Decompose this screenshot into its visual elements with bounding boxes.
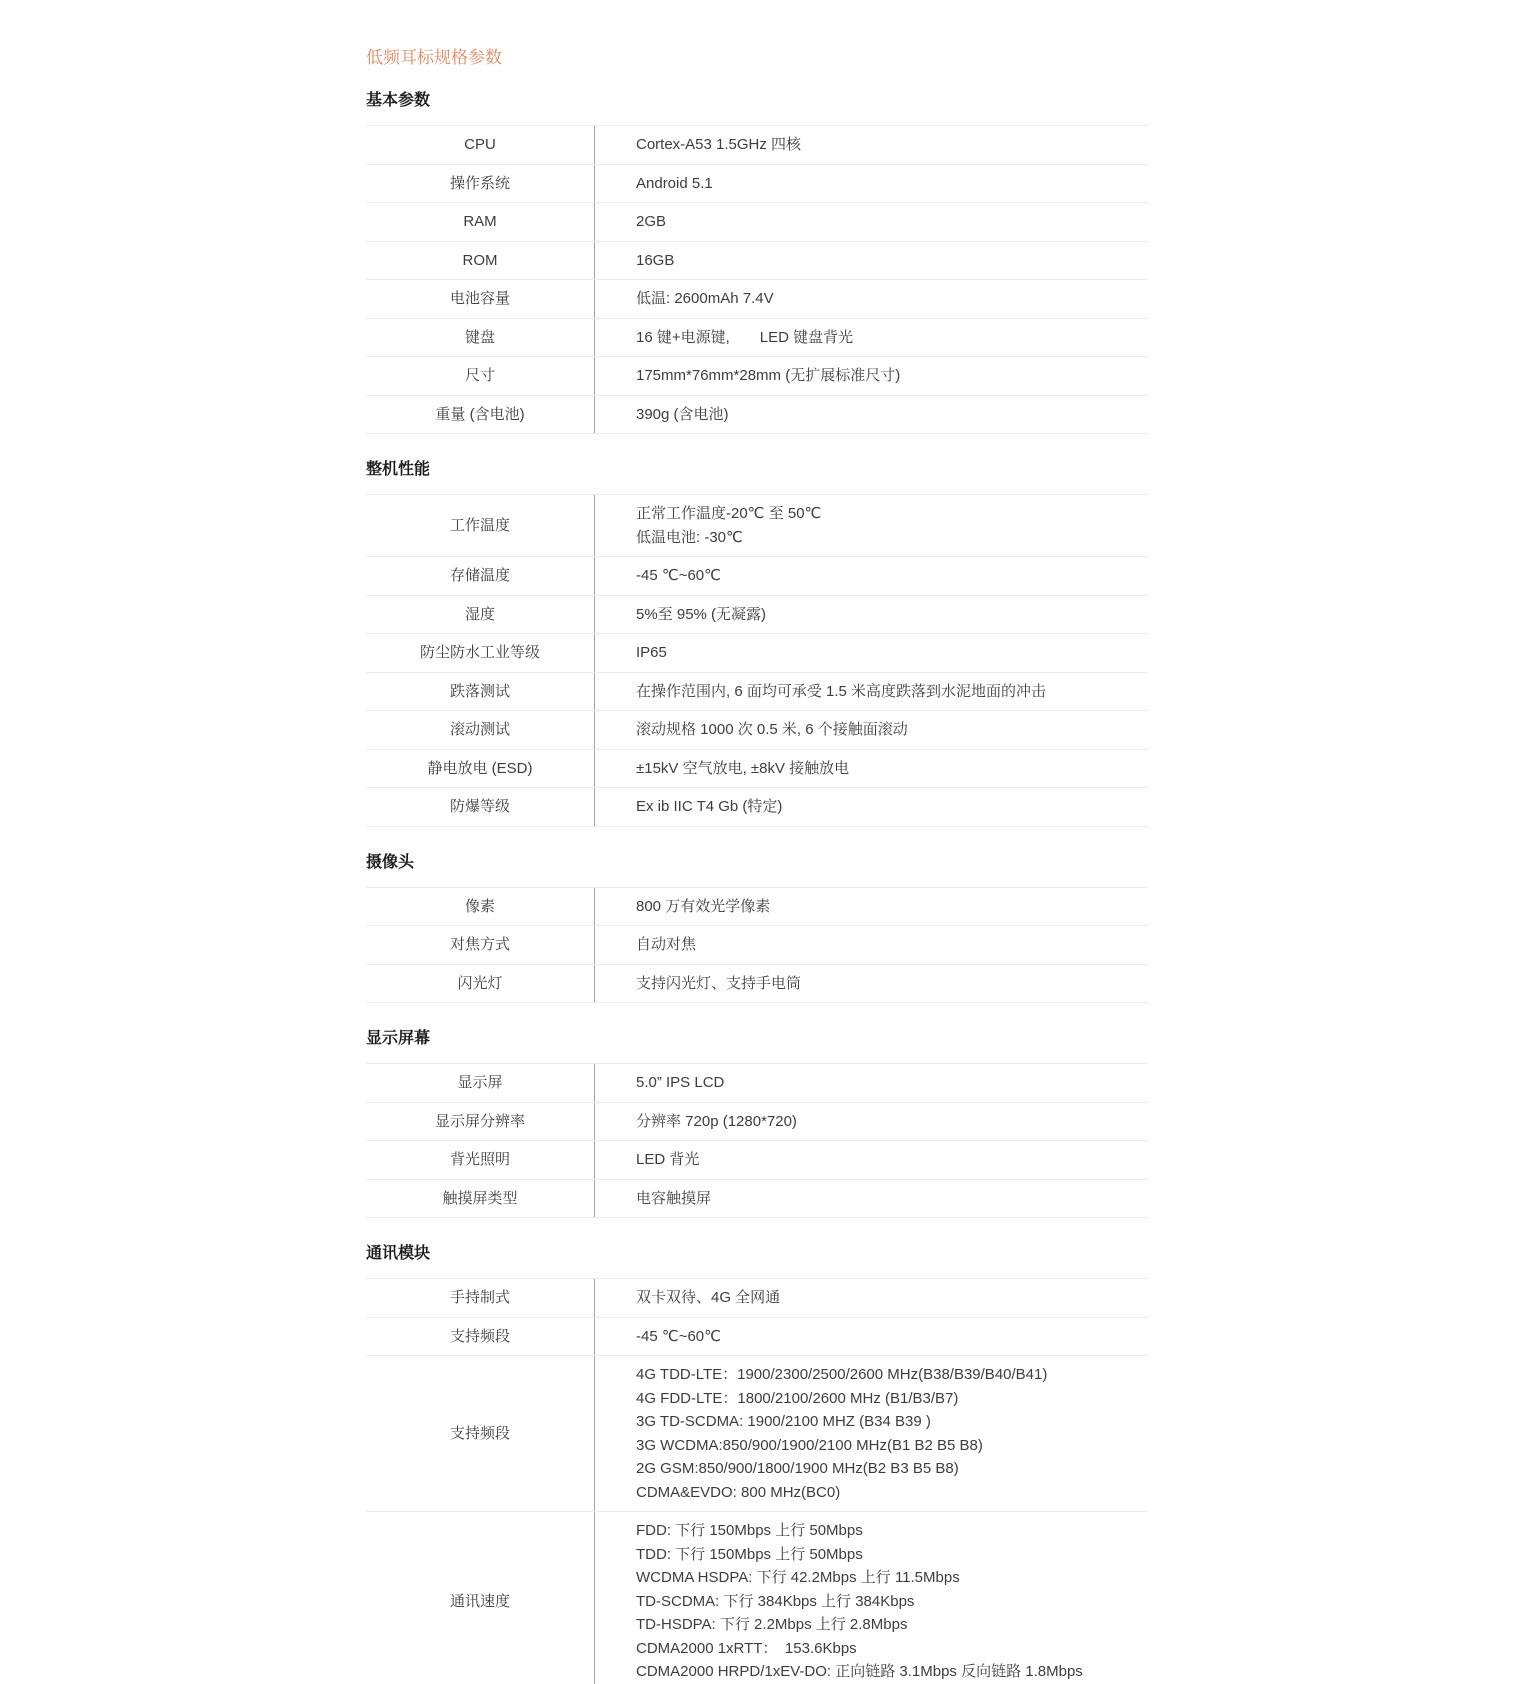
table-row: CPUCortex-A53 1.5GHz 四核	[366, 126, 1148, 165]
table-row: RAM2GB	[366, 203, 1148, 242]
section-header: 整机性能	[366, 459, 1531, 481]
spec-value: 5%至 95% (无凝露)	[595, 596, 1148, 634]
spec-sections: 基本参数CPUCortex-A53 1.5GHz 四核操作系统Android 5…	[366, 90, 1531, 1684]
table-row: 存储温度-45 ℃~60℃	[366, 557, 1148, 596]
spec-label: 触摸屏类型	[366, 1180, 595, 1218]
spec-label: 通讯速度	[366, 1512, 595, 1684]
table-row: 支持频段-45 ℃~60℃	[366, 1318, 1148, 1357]
section-header: 显示屏幕	[366, 1028, 1531, 1050]
spec-value: Cortex-A53 1.5GHz 四核	[595, 126, 1148, 164]
spec-value: 双卡双待、4G 全网通	[595, 1279, 1148, 1317]
spec-label: 湿度	[366, 596, 595, 634]
spec-value: 电容触摸屏	[595, 1180, 1148, 1218]
spec-value: 支持闪光灯、支持手电筒	[595, 965, 1148, 1003]
spec-label: RAM	[366, 203, 595, 241]
table-row: 湿度5%至 95% (无凝露)	[366, 596, 1148, 635]
section-header: 摄像头	[366, 852, 1531, 874]
spec-label: CPU	[366, 126, 595, 164]
spec-label: 背光照明	[366, 1141, 595, 1179]
spec-label: 像素	[366, 888, 595, 926]
spec-value: IP65	[595, 634, 1148, 672]
spec-value: 低温: 2600mAh 7.4V	[595, 280, 1148, 318]
table-row: 对焦方式自动对焦	[366, 926, 1148, 965]
table-row: 手持制式双卡双待、4G 全网通	[366, 1279, 1148, 1318]
spec-table: 工作温度正常工作温度-20℃ 至 50℃ 低温电池: -30℃存储温度-45 ℃…	[366, 494, 1148, 827]
spec-label: 显示屏	[366, 1064, 595, 1102]
spec-page: 低频耳标规格参数 基本参数CPUCortex-A53 1.5GHz 四核操作系统…	[0, 0, 1531, 1684]
spec-value: 175mm*76mm*28mm (无扩展标准尺寸)	[595, 357, 1148, 395]
spec-value: 5.0” IPS LCD	[595, 1064, 1148, 1102]
table-row: 像素800 万有效光学像素	[366, 888, 1148, 927]
table-row: 防尘防水工业等级IP65	[366, 634, 1148, 673]
spec-table: 显示屏5.0” IPS LCD显示屏分辨率分辨率 720p (1280*720)…	[366, 1063, 1148, 1218]
spec-label: 手持制式	[366, 1279, 595, 1317]
spec-label: 支持频段	[366, 1318, 595, 1356]
spec-value: 2GB	[595, 203, 1148, 241]
spec-label: 静电放电 (ESD)	[366, 750, 595, 788]
spec-label: 滚动测试	[366, 711, 595, 749]
spec-label: 工作温度	[366, 495, 595, 556]
spec-value: -45 ℃~60℃	[595, 1318, 1148, 1356]
spec-section: 摄像头像素800 万有效光学像素对焦方式自动对焦闪光灯支持闪光灯、支持手电筒	[366, 852, 1531, 1004]
table-row: 跌落测试在操作范围内, 6 面均可承受 1.5 米高度跌落到水泥地面的冲击	[366, 673, 1148, 712]
spec-value: Android 5.1	[595, 165, 1148, 203]
spec-label: 对焦方式	[366, 926, 595, 964]
spec-label: 跌落测试	[366, 673, 595, 711]
spec-label: 电池容量	[366, 280, 595, 318]
spec-value: Ex ib IIC T4 Gb (特定)	[595, 788, 1148, 826]
table-row: 显示屏分辨率分辨率 720p (1280*720)	[366, 1103, 1148, 1142]
spec-value: 正常工作温度-20℃ 至 50℃ 低温电池: -30℃	[595, 495, 1148, 556]
spec-value: 在操作范围内, 6 面均可承受 1.5 米高度跌落到水泥地面的冲击	[595, 673, 1148, 711]
table-row: 键盘16 键+电源键, LED 键盘背光	[366, 319, 1148, 358]
spec-value: 16GB	[595, 242, 1148, 280]
section-header: 通讯模块	[366, 1243, 1531, 1265]
table-row: 滚动测试滚动规格 1000 次 0.5 米, 6 个接触面滚动	[366, 711, 1148, 750]
table-row: 电池容量低温: 2600mAh 7.4V	[366, 280, 1148, 319]
spec-section: 基本参数CPUCortex-A53 1.5GHz 四核操作系统Android 5…	[366, 90, 1531, 434]
table-row: 背光照明LED 背光	[366, 1141, 1148, 1180]
spec-label: 显示屏分辨率	[366, 1103, 595, 1141]
spec-value: 滚动规格 1000 次 0.5 米, 6 个接触面滚动	[595, 711, 1148, 749]
spec-value: 390g (含电池)	[595, 396, 1148, 434]
section-header: 基本参数	[366, 90, 1531, 112]
table-row: 重量 (含电池)390g (含电池)	[366, 396, 1148, 435]
spec-label: 防爆等级	[366, 788, 595, 826]
table-row: 静电放电 (ESD)±15kV 空气放电, ±8kV 接触放电	[366, 750, 1148, 789]
spec-value: FDD: 下行 150Mbps 上行 50Mbps TDD: 下行 150Mbp…	[595, 1512, 1148, 1684]
spec-table: 手持制式双卡双待、4G 全网通支持频段-45 ℃~60℃支持频段4G TDD-L…	[366, 1278, 1148, 1684]
spec-value: 4G TDD-LTE：1900/2300/2500/2600 MHz(B38/B…	[595, 1356, 1148, 1511]
spec-table: CPUCortex-A53 1.5GHz 四核操作系统Android 5.1RA…	[366, 125, 1148, 434]
spec-label: 重量 (含电池)	[366, 396, 595, 434]
table-row: 尺寸175mm*76mm*28mm (无扩展标准尺寸)	[366, 357, 1148, 396]
table-row: 触摸屏类型电容触摸屏	[366, 1180, 1148, 1219]
spec-value: 自动对焦	[595, 926, 1148, 964]
spec-table: 像素800 万有效光学像素对焦方式自动对焦闪光灯支持闪光灯、支持手电筒	[366, 887, 1148, 1004]
spec-section: 通讯模块手持制式双卡双待、4G 全网通支持频段-45 ℃~60℃支持频段4G T…	[366, 1243, 1531, 1684]
spec-value: LED 背光	[595, 1141, 1148, 1179]
spec-label: 闪光灯	[366, 965, 595, 1003]
spec-label: 尺寸	[366, 357, 595, 395]
table-row: 支持频段4G TDD-LTE：1900/2300/2500/2600 MHz(B…	[366, 1356, 1148, 1512]
table-row: 闪光灯支持闪光灯、支持手电筒	[366, 965, 1148, 1004]
spec-label: 操作系统	[366, 165, 595, 203]
spec-section: 整机性能工作温度正常工作温度-20℃ 至 50℃ 低温电池: -30℃存储温度-…	[366, 459, 1531, 827]
spec-value: -45 ℃~60℃	[595, 557, 1148, 595]
spec-value: 800 万有效光学像素	[595, 888, 1148, 926]
spec-label: 防尘防水工业等级	[366, 634, 595, 672]
spec-label: 支持频段	[366, 1356, 595, 1511]
table-row: ROM16GB	[366, 242, 1148, 281]
spec-label: ROM	[366, 242, 595, 280]
spec-value: ±15kV 空气放电, ±8kV 接触放电	[595, 750, 1148, 788]
table-row: 操作系统Android 5.1	[366, 165, 1148, 204]
spec-label: 存储温度	[366, 557, 595, 595]
spec-value: 16 键+电源键, LED 键盘背光	[595, 319, 1148, 357]
spec-label: 键盘	[366, 319, 595, 357]
spec-value: 分辨率 720p (1280*720)	[595, 1103, 1148, 1141]
table-row: 工作温度正常工作温度-20℃ 至 50℃ 低温电池: -30℃	[366, 495, 1148, 557]
table-row: 通讯速度FDD: 下行 150Mbps 上行 50Mbps TDD: 下行 15…	[366, 1512, 1148, 1684]
page-title: 低频耳标规格参数	[366, 46, 1531, 70]
table-row: 显示屏5.0” IPS LCD	[366, 1064, 1148, 1103]
table-row: 防爆等级Ex ib IIC T4 Gb (特定)	[366, 788, 1148, 827]
spec-section: 显示屏幕显示屏5.0” IPS LCD显示屏分辨率分辨率 720p (1280*…	[366, 1028, 1531, 1218]
